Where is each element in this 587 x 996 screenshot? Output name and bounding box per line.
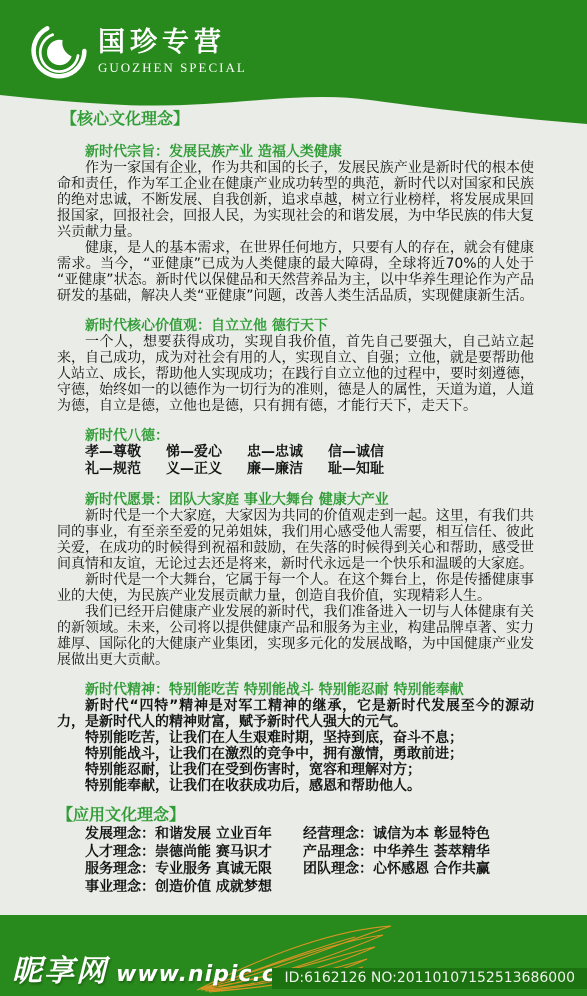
virtue-row: 孝—尊敬悌—爱心忠—忠诚信—诚信 — [57, 444, 534, 461]
spirit-line: 特别能忍耐，让我们在受到伤害时，宽容和理解对方； — [57, 762, 534, 778]
applied-row: 服务理念：专业服务 真诚无限 团队理念：心怀感恩 合作共赢 — [57, 861, 534, 879]
virtue-item: 孝—尊敬 — [85, 444, 141, 461]
section-mission: 新时代宗旨：发展民族产业 造福人类健康 作为一家国有企业，作为共和国的长子，发展… — [57, 144, 534, 304]
applied-item: 产品理念：中华养生 荟萃精华 — [303, 844, 534, 862]
logo-text: 国珍专营 GUOZHEN SPECIAL — [98, 28, 247, 75]
applied-item: 人才理念：崇德尚能 赛马识才 — [57, 844, 303, 862]
applied-item-empty — [303, 879, 534, 897]
applied-item: 事业理念：创造价值 成就梦想 — [57, 879, 303, 897]
site-name: 昵享网 — [12, 954, 108, 989]
virtue-item: 礼—规范 — [85, 461, 141, 478]
header: 国珍专营 GUOZHEN SPECIAL — [30, 22, 247, 80]
poster-page: 国珍专营 GUOZHEN SPECIAL 【核心文化理念】 新时代宗旨：发展民族… — [0, 0, 587, 996]
virtue-item: 信—诚信 — [328, 444, 384, 461]
paragraph: 新时代是一个大家庭，大家因为共同的价值观走到一起。这里，有我们共同的事业，有至亲… — [57, 508, 534, 572]
image-id-badge: ID:6162126 NO:20110107152513686000 — [272, 968, 587, 989]
spirit-line: 特别能吃苦，让我们在人生艰难时期，坚持到底，奋斗不息； — [57, 730, 534, 746]
paragraph: 新时代是一个大舞台，它属于每一个人。在这个舞台上，你是传播健康事业的大使，为民族… — [57, 572, 534, 604]
virtue-item: 义—正义 — [166, 461, 222, 478]
section-heading: 新时代精神：特别能吃苦 特别能战斗 特别能忍耐 特别能奉献 — [57, 682, 534, 698]
section-core-values: 新时代核心价值观：自立立他 德行天下 一个人，想要获得成功，实现自我价值，首先自… — [57, 318, 534, 414]
applied-item: 团队理念：心怀感恩 合作共赢 — [303, 861, 534, 879]
watermark-footer: 昵享网www.nipic.cn ID:6162126 NO:2011010715… — [0, 915, 587, 996]
document-body: 【核心文化理念】 新时代宗旨：发展民族产业 造福人类健康 作为一家国有企业，作为… — [57, 110, 534, 896]
applied-row: 发展理念：和谐发展 立业百年 经营理念：诚信为本 彰显特色 — [57, 826, 534, 844]
paragraph: 健康，是人的基本需求，在世界任何地方，只要有人的存在，就会有健康需求。当今，“亚… — [57, 240, 534, 304]
section-spirit: 新时代精神：特别能吃苦 特别能战斗 特别能忍耐 特别能奉献 新时代“四特”精神是… — [57, 682, 534, 794]
applied-item: 服务理念：专业服务 真诚无限 — [57, 861, 303, 879]
applied-item: 经营理念：诚信为本 彰显特色 — [303, 826, 534, 844]
paragraph: 我们已经开启健康产业发展的新时代，我们准备进入一切与人体健康有关的新领域。未来，… — [57, 604, 534, 668]
site-url: www.nipic.cn — [116, 962, 293, 987]
applied-rows: 发展理念：和谐发展 立业百年 经营理念：诚信为本 彰显特色 人才理念：崇德尚能 … — [57, 826, 534, 896]
paragraph: 作为一家国有企业，作为共和国的长子，发展民族产业是新时代的根本使命和责任，作为军… — [57, 160, 534, 240]
applied-culture-section: 【应用文化理念】 发展理念：和谐发展 立业百年 经营理念：诚信为本 彰显特色 人… — [57, 806, 534, 896]
logo-chinese-name: 国珍专营 — [98, 28, 247, 58]
virtue-item: 耻—知耻 — [328, 461, 384, 478]
virtue-item: 忠—忠诚 — [247, 444, 303, 461]
applied-row: 事业理念：创造价值 成就梦想 — [57, 879, 534, 897]
virtue-item: 悌—爱心 — [166, 444, 222, 461]
virtue-row: 礼—规范义—正义廉—廉洁耻—知耻 — [57, 461, 534, 478]
virtue-item: 廉—廉洁 — [247, 461, 303, 478]
guozhen-swirl-logo-icon — [30, 22, 88, 80]
logo-english-name: GUOZHEN SPECIAL — [98, 60, 247, 75]
section-heading: 新时代宗旨：发展民族产业 造福人类健康 — [57, 144, 534, 160]
applied-item: 发展理念：和谐发展 立业百年 — [57, 826, 303, 844]
core-culture-title: 【核心文化理念】 — [61, 110, 534, 128]
section-heading: 新时代核心价值观：自立立他 德行天下 — [57, 318, 534, 334]
section-eight-virtues: 新时代八德： 孝—尊敬悌—爱心忠—忠诚信—诚信 礼—规范义—正义廉—廉洁耻—知耻 — [57, 428, 534, 478]
applied-culture-title: 【应用文化理念】 — [57, 806, 534, 824]
section-heading: 新时代愿景：团队大家庭 事业大舞台 健康大产业 — [57, 492, 534, 508]
spirit-line: 特别能奉献，让我们在收获成功后，感恩和帮助他人。 — [57, 778, 534, 794]
site-watermark: 昵享网www.nipic.cn — [12, 946, 293, 990]
spirit-line: 特别能战斗，让我们在激烈的竞争中，拥有激情，勇敢前进； — [57, 746, 534, 762]
paragraph: 新时代“四特”精神是对军工精神的继承，它是新时代发展至今的源动力，是新时代人的精… — [57, 698, 534, 730]
paragraph: 一个人，想要获得成功，实现自我价值，首先自己要强大，自己站立起来，自己成功，成为… — [57, 334, 534, 414]
section-heading: 新时代八德： — [57, 428, 534, 444]
applied-row: 人才理念：崇德尚能 赛马识才 产品理念：中华养生 荟萃精华 — [57, 844, 534, 862]
section-vision: 新时代愿景：团队大家庭 事业大舞台 健康大产业 新时代是一个大家庭，大家因为共同… — [57, 492, 534, 668]
